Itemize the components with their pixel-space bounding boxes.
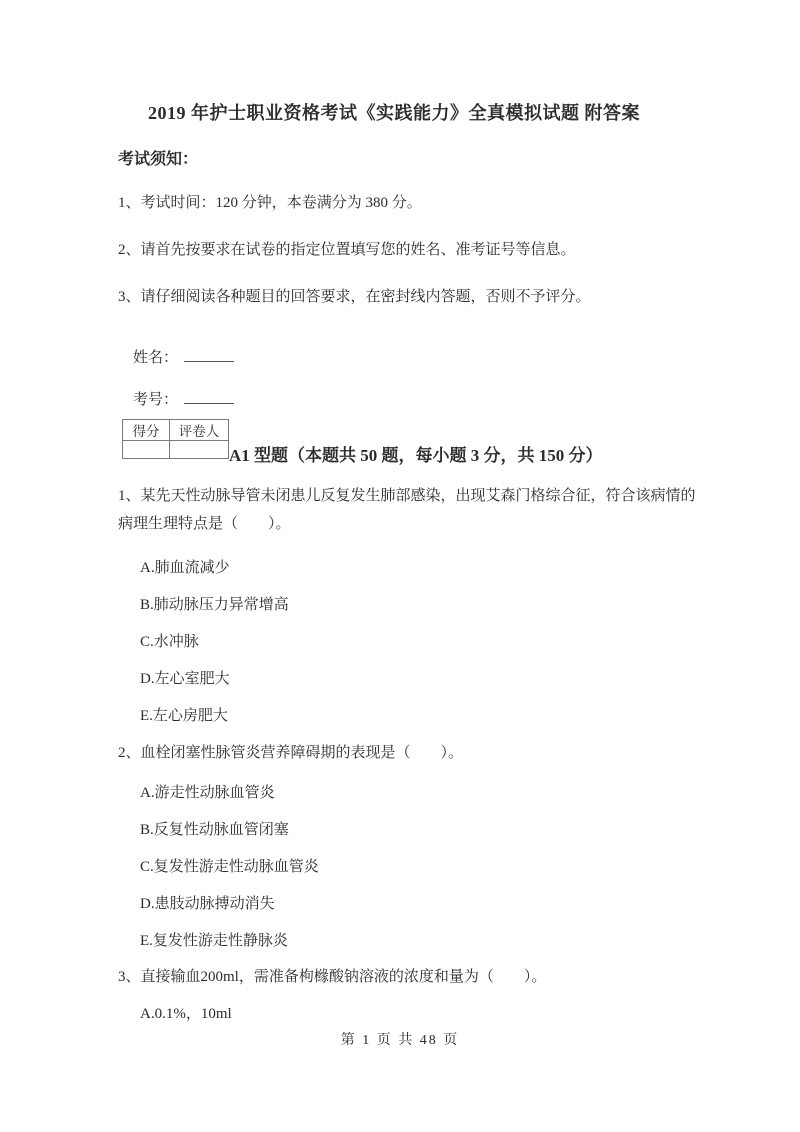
exam-number-label: 考号： bbox=[133, 392, 178, 408]
page-footer: 第 1 页 共 48 页 bbox=[0, 1029, 800, 1049]
score-table-header-grader: 评卷人 bbox=[170, 420, 229, 441]
question-2-option-b: B.反复性动脉血管闭塞 bbox=[140, 818, 289, 839]
notice-item-2: 2、请首先按要求在试卷的指定位置填写您的姓名、准考证号等信息。 bbox=[118, 238, 576, 259]
question-2-option-a: A.游走性动脉血管炎 bbox=[140, 781, 275, 802]
section-heading: A1 型题（本题共 50 题，每小题 3 分，共 150 分） bbox=[229, 441, 603, 466]
exam-document-page: 2019 年护士职业资格考试《实践能力》全真模拟试题 附答案 考试须知： 1、考… bbox=[0, 0, 800, 1132]
notice-item-1: 1、考试时间：120 分钟，本卷满分为 380 分。 bbox=[118, 191, 422, 212]
question-2-option-e: E.复发性游走性静脉炎 bbox=[140, 929, 288, 950]
question-1-option-a: A.肺血流减少 bbox=[140, 556, 230, 577]
score-table-value-row bbox=[123, 441, 229, 459]
question-3-option-a: A.0.1%，10ml bbox=[140, 1002, 232, 1023]
question-1-option-d: D.左心室肥大 bbox=[140, 667, 230, 688]
name-blank-line bbox=[184, 347, 234, 362]
notice-heading: 考试须知： bbox=[118, 146, 198, 169]
question-1-option-c: C.水冲脉 bbox=[140, 630, 199, 651]
score-table-header-row: 得分 评卷人 bbox=[123, 420, 229, 441]
question-2-option-c: C.复发性游走性动脉血管炎 bbox=[140, 855, 319, 876]
score-table-cell-grader bbox=[170, 441, 229, 459]
score-table-cell-score bbox=[123, 441, 170, 459]
exam-number-blank-line bbox=[184, 389, 234, 404]
question-2-text: 2、血栓闭塞性脉管炎营养障碍期的表现是（ ）。 bbox=[118, 739, 704, 767]
name-label: 姓名： bbox=[133, 350, 178, 366]
question-1-text: 1、某先天性动脉导管未闭患儿反复发生肺部感染，出现艾森门格综合征，符合该病情的病… bbox=[118, 482, 704, 538]
question-2-option-d: D.患肢动脉搏动消失 bbox=[140, 892, 275, 913]
score-table-header-score: 得分 bbox=[123, 420, 170, 441]
page-title: 2019 年护士职业资格考试《实践能力》全真模拟试题 附答案 bbox=[148, 99, 640, 125]
question-3-text: 3、直接输血200ml，需准备枸橼酸钠溶液的浓度和量为（ ）。 bbox=[118, 963, 704, 991]
exam-number-field-row: 考号： bbox=[118, 371, 234, 426]
question-1-option-b: B.肺动脉压力异常增高 bbox=[140, 593, 289, 614]
question-1-option-e: E.左心房肥大 bbox=[140, 704, 228, 725]
notice-item-3: 3、请仔细阅读各种题目的回答要求，在密封线内答题，否则不予评分。 bbox=[118, 285, 591, 306]
score-table: 得分 评卷人 bbox=[122, 419, 229, 459]
